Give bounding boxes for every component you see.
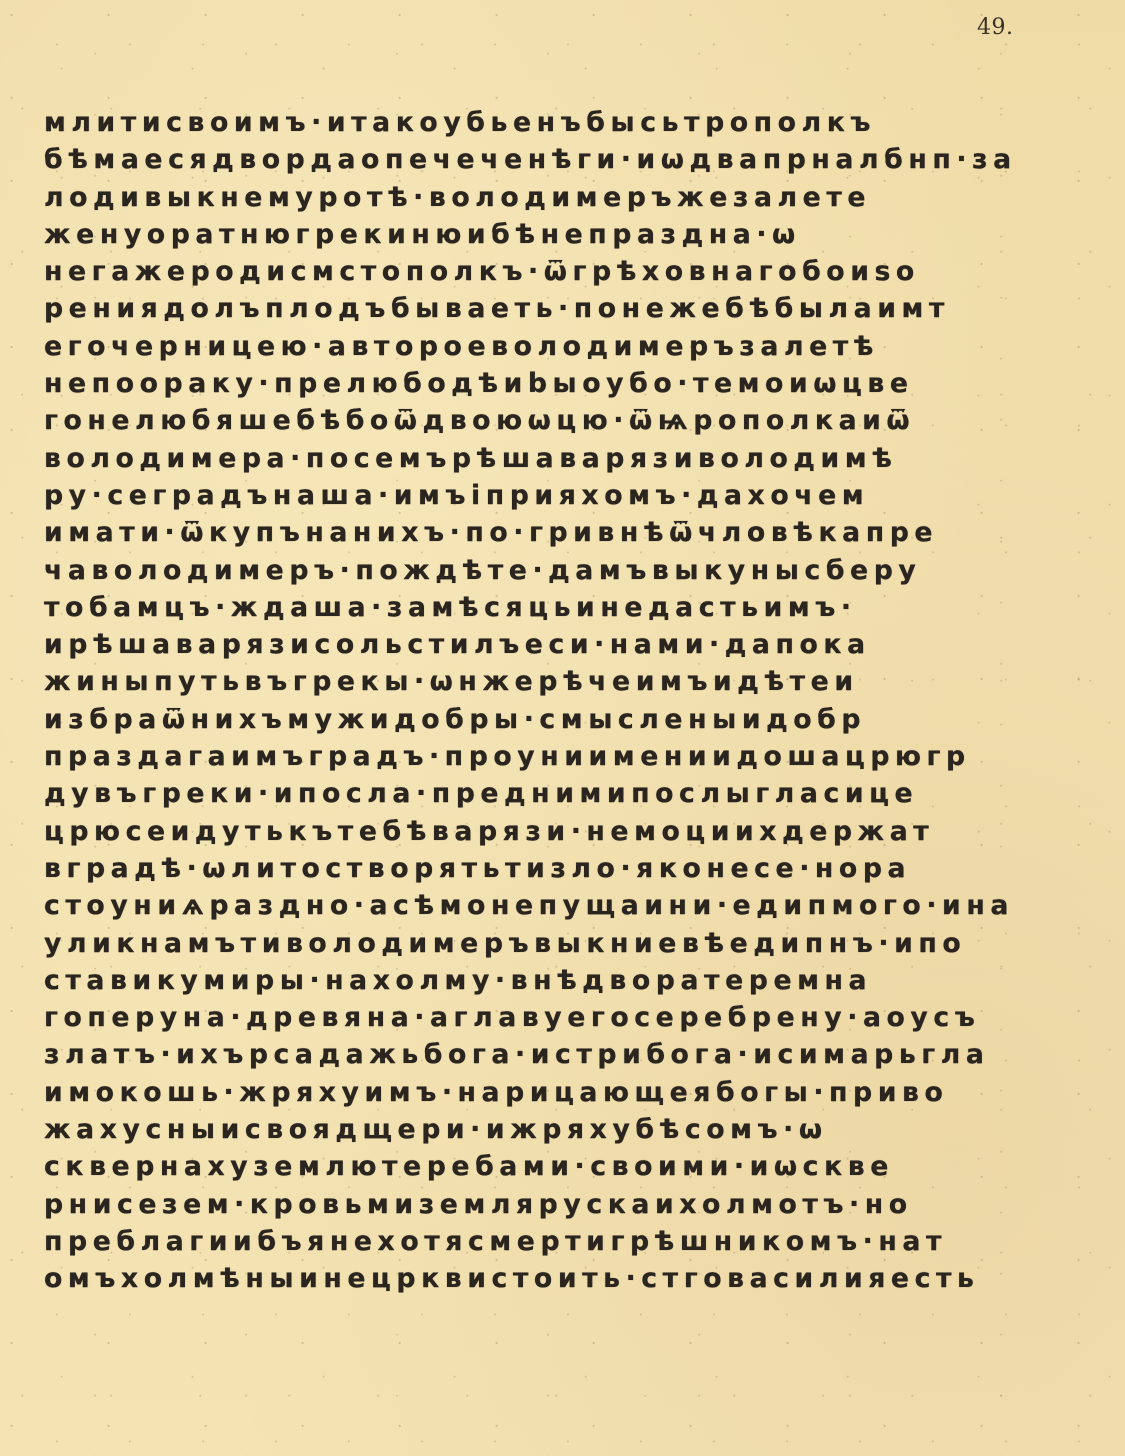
text-line: бѣмаесядвордаопечеченѣги·иѡдвапрналбнп·з…: [44, 141, 1034, 178]
text-line: имати·ѿкупънанихъ·по·гривнѣѿчловѣкапре: [44, 514, 1034, 551]
text-line: златъ·ихърсадажьбога·истрибога·исимарьгл…: [44, 1036, 1034, 1073]
text-line: ру·сеградънаша·имъіприяхомъ·дахочем: [44, 477, 1034, 514]
text-line: преблагиибъянехотясмертигрѣшникомъ·нат: [44, 1223, 1034, 1260]
manuscript-text-block: млитисвоимъ·итакоубьенъбысьтрополкъ бѣма…: [44, 104, 1044, 1298]
text-line: дувъгреки·ипосла·преднимипослыгласице: [44, 775, 1034, 812]
text-line: чаволодимеръ·пождѣте·дамъвыкунысберу: [44, 552, 1034, 589]
text-line: праздагаимъградъ·проуниимениидошацрюгр: [44, 738, 1034, 775]
text-line: гоперуна·древяна·аглавуегосеребрену·аоус…: [44, 999, 1034, 1036]
text-line: стоуниѧраздно·асѣмонепущаини·едипмого·ин…: [44, 887, 1034, 924]
text-line: црюсеидутькътебѣварязи·немоциихдержат: [44, 813, 1034, 850]
manuscript-page: 49. млитисвоимъ·итакоубьенъбысьтрополкъ …: [0, 0, 1125, 1456]
text-line: женуоратнюгрекинюибѣнепраздна·ѡ: [44, 216, 1034, 253]
text-line: володимера·посемърѣшаварязиволодимѣ: [44, 440, 1034, 477]
text-line: сквернахуземлютеребами·своими·иѡскве: [44, 1148, 1034, 1185]
text-line: жиныпутьвъгрекы·ѡнжерѣчеимъидѣтеи: [44, 663, 1034, 700]
text-line: рениядолъплодъбываеть·понежебѣбылаимт: [44, 290, 1034, 327]
text-line: жахусныисвоядщери·ижряхубѣсомъ·ѡ: [44, 1111, 1034, 1148]
text-line: егочерницею·автороеволодимеръзалетѣ: [44, 328, 1034, 365]
text-line: непоораку·прелюбодѣиbыоубо·темоиѡцве: [44, 365, 1034, 402]
text-line: избраѿнихъмужидобры·смысленыидобр: [44, 701, 1034, 738]
bottom-margin: [0, 1300, 1125, 1456]
text-line: уликнамътиволодимеръвыкниевѣедипнъ·ипо: [44, 925, 1034, 962]
text-line: имокошь·жряхуимъ·нарицающеябогы·приво: [44, 1074, 1034, 1111]
text-line: гонелюбяшебѣбоѿдвоюѡцю·ѿѩрополкаиѿ: [44, 402, 1034, 439]
text-line: омъхолмѣныинецрквистоить·стговасилияесть: [44, 1260, 1034, 1297]
text-line: рнисезем·кровьмиземлярускаихолмотъ·но: [44, 1186, 1034, 1223]
text-line: тобамцъ·ждаша·замѣсяцьинедастьимъ·: [44, 589, 1034, 626]
text-line: млитисвоимъ·итакоубьенъбысьтрополкъ: [44, 104, 1034, 141]
text-line: вградѣ·ѡлитостворятьтизло·яконесе·нора: [44, 850, 1034, 887]
page-number: 49.: [977, 15, 1014, 40]
text-line: негажеродисмстополкъ·ѿгрѣховнагобоиѕо: [44, 253, 1034, 290]
text-line: лодивыкнемуротѣ·володимеръжезалете: [44, 179, 1034, 216]
text-line: ставикумиры·нахолму·внѣдворатеремна: [44, 962, 1034, 999]
text-line: ирѣшаварязисольстилъеси·нами·дапока: [44, 626, 1034, 663]
